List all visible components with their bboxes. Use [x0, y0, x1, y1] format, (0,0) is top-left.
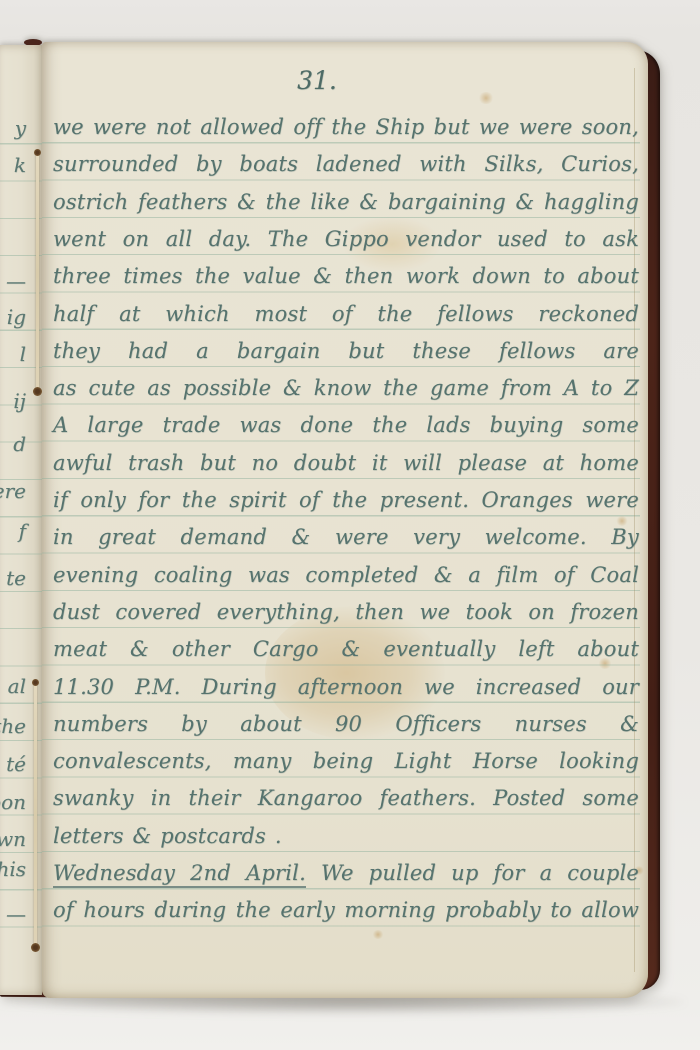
- diary-line: half at which most of the fellows reckon…: [53, 296, 639, 334]
- gutter-fragment: té: [6, 748, 26, 782]
- gutter-fragment: d: [13, 428, 26, 462]
- diary-line: evening coaling was completed & a film o…: [53, 557, 639, 595]
- gutter-fragment: te: [6, 562, 26, 596]
- diary-line: of hours during the early morning probab…: [53, 892, 639, 930]
- gutter-fragment: l: [20, 338, 26, 372]
- diary-line: Wednesday 2nd April. We pulled up for a …: [53, 855, 639, 893]
- diary-line: they had a bargain but these fellows are: [53, 333, 639, 371]
- gutter-fragment: ij: [13, 385, 26, 419]
- scanned-notebook-photo: yk—iglijdwereftealthetéoonownhis— 31. we…: [0, 0, 700, 1050]
- gutter-fragment: al: [8, 670, 26, 704]
- diary-line: numbers by about 90 Officers nurses &: [53, 706, 639, 744]
- diary-line: surrounded by boats ladened with Silks, …: [53, 146, 639, 184]
- gutter-fragment: the: [0, 710, 26, 744]
- diary-line: awful trash but no doubt it will please …: [53, 445, 639, 483]
- gutter-fragment: were: [0, 475, 26, 509]
- diary-line: went on all day. The Gippo vendor used t…: [53, 221, 639, 259]
- diary-line: dust covered everything, then we took on…: [53, 594, 639, 632]
- diary-line: letters & postcards .: [53, 818, 639, 856]
- gutter-fragment: y: [15, 112, 26, 146]
- diary-line: meat & other Cargo & eventually left abo…: [53, 631, 639, 669]
- binding-thread: [34, 682, 37, 948]
- binding-thread: [36, 152, 39, 392]
- diary-line: if only for the spirit of the present. O…: [53, 482, 639, 520]
- notebook: yk—iglijdwereftealthetéoonownhis— 31. we…: [0, 0, 700, 1050]
- gutter-fragment: k: [14, 149, 26, 183]
- diary-line: we were not allowed off the Ship but we …: [53, 109, 639, 147]
- gutter-fragment: —: [6, 265, 26, 299]
- diary-line: ostrich feathers & the like & bargaining…: [53, 184, 639, 222]
- gutter-fragment: f: [19, 515, 26, 549]
- diary-line: 11.30 P.M. During afternoon we increased…: [53, 669, 639, 707]
- gutter-fragment: oon: [0, 786, 26, 820]
- diary-line: swanky in their Kangaroo feathers. Poste…: [53, 780, 639, 818]
- gutter-fragment: own: [0, 823, 26, 857]
- gutter-fragment: —: [6, 898, 26, 932]
- underlined-date: Wednesday 2nd April.: [53, 861, 306, 888]
- diary-line: as cute as possible & know the game from…: [53, 370, 639, 408]
- diary-line: A large trade was done the lads buying s…: [53, 407, 639, 445]
- diary-line: in great demand & were very welcome. By: [53, 519, 639, 557]
- diary-line: convalescents, many being Light Horse lo…: [53, 743, 639, 781]
- diary-page: 31. we were not allowed off the Ship but…: [42, 42, 648, 998]
- diary-text: we were not allowed off the Ship but we …: [42, 42, 648, 998]
- diary-line: three times the value & then work down t…: [53, 258, 639, 296]
- gutter-fragment: ig: [7, 301, 26, 335]
- gutter-fragment: his: [0, 853, 26, 887]
